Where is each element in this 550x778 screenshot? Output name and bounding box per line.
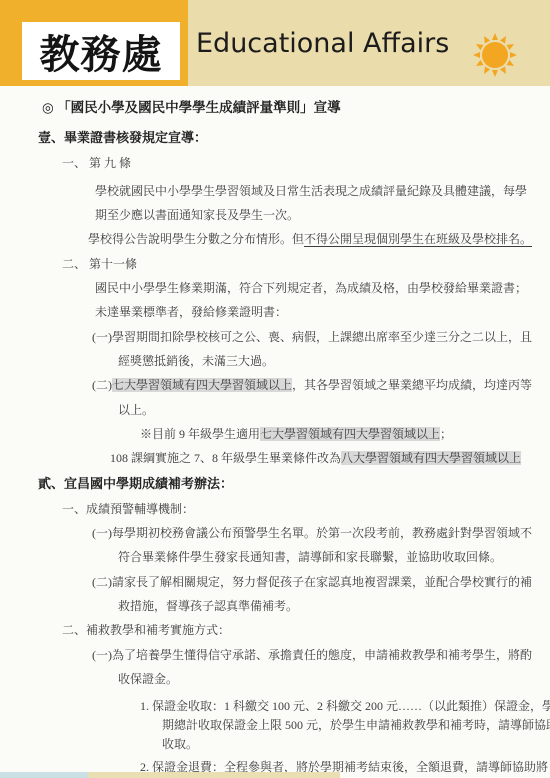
highlighted-text: 八大學習領域有四大學習領域以上 (341, 451, 521, 465)
text-line: 學校得公告說明學生分數之分布情形。但不得公開呈現個別學生在班級及學校排名。 (0, 227, 550, 251)
text-line: 期至少應以書面通知家長及學生一次。 (0, 203, 550, 227)
list-item-continuation: 收保證金。 (0, 667, 550, 691)
list-item: (一)為了培養學生懂得信守承諾、承擔責任的態度，申請補救教學和補考學生，將酌 (0, 643, 550, 667)
numbered-item-continuation: 期總計收取保證金上限 500 元，於學生申請補救教學和補考時，請導師協助 (0, 716, 550, 735)
clause-heading: 二、補救教學和補考實施方式： (0, 618, 550, 642)
underlined-text: 不得公開呈現個別學生在班級及學校排名。 (304, 232, 532, 246)
department-name-en: Educational Affairs (196, 0, 449, 86)
list-item: (一)每學期初校務會議公布預警學生名單。於第一次段考前，教務處針對學習領域不 (0, 521, 550, 545)
text-line: 未達畢業標準者，發給修業證明書： (0, 300, 550, 324)
clause-heading: 二、 第十一條 (0, 252, 550, 276)
next-page-edge (0, 771, 550, 778)
text-line: 學校就國民中小學學生學習領域及日常生活表現之成績評量紀錄及具體建議，每學 (0, 179, 550, 203)
note-line: 108 課綱實施之 7、8 年級學生畢業條件改為八大學習領域有四大學習領域以上 (0, 446, 550, 470)
list-item: (二)七大學習領域有四大學習領域以上，其各學習領域之畢業總平均成績，均達丙等 (0, 373, 550, 397)
department-name-zh: 教務處 (40, 23, 163, 80)
doc-title-text: ◎ 「國民小學及國民中學學生成績評量準則」宣導 (42, 100, 341, 115)
section-heading: 貳、宜昌國中學期成績補考辦法： (0, 472, 550, 496)
list-item: (一)學習期間扣除學校核可之公、喪、病假，上課總出席率至少達三分之二以上，且 (0, 325, 550, 349)
clause-heading: 一、成績預警輔導機制： (0, 497, 550, 521)
department-title-box: 教務處 (22, 22, 180, 80)
highlighted-text: 七大學習領域有四大學習領域以上 (260, 427, 440, 441)
numbered-item-continuation: 收取。 (0, 735, 550, 754)
document-page: 教務處 Educational Affairs ◎ 「國民小學及國民中學 (0, 0, 550, 778)
list-item-continuation: 以上。 (0, 398, 550, 422)
numbered-item: 1. 保證金收取：1 科繳交 100 元、2 科繳交 200 元……（以此類推）… (0, 697, 550, 716)
clause-heading: 一、 第 九 條 (0, 151, 550, 175)
note-line: ※目前 9 年級學生適用七大學習領域有四大學習領域以上； (0, 422, 550, 446)
next-page-edge-blue (0, 772, 88, 778)
list-item: (二)請家長了解相關規定，努力督促孩子在家認真地複習課業，並配合學校實行的補 (0, 570, 550, 594)
next-page-edge-tan (88, 772, 340, 778)
list-item-continuation: 符合畢業條件學生發家長通知書，請導師和家長聯繫，並協助收取回條。 (0, 545, 550, 569)
sun-icon (471, 31, 519, 79)
highlighted-text: 七大學習領域有四大學習領域以上 (112, 378, 292, 392)
text-line: 國民中小學學生修業期滿，符合下列規定者，為成績及格，由學校發給畢業證書； (0, 276, 550, 300)
list-item-continuation: 經獎懲抵銷後，未滿三大過。 (0, 349, 550, 373)
document-body: ◎ 「國民小學及國民中學學生成績評量準則」宣導 壹、畢業證書核發規定宣導： 一、… (0, 86, 550, 777)
list-item-continuation: 救措施，督導孩子認真準備補考。 (0, 594, 550, 618)
section-heading: 壹、畢業證書核發規定宣導： (0, 126, 550, 150)
page-header: 教務處 Educational Affairs (0, 0, 550, 86)
doc-title: ◎ 「國民小學及國民中學學生成績評量準則」宣導 (0, 96, 550, 120)
